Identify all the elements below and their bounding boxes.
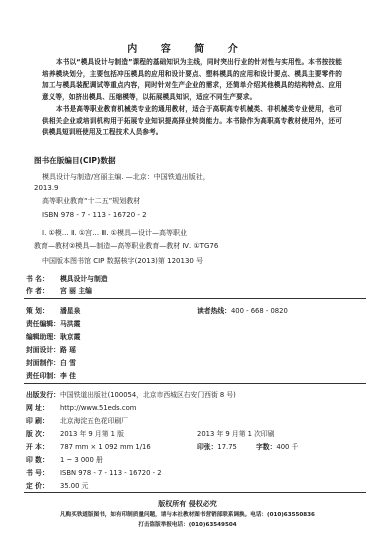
staff-value: 路 瑶 (60, 346, 76, 354)
copyright-notice: 版权所有 侵权必究 (0, 499, 375, 509)
publisher-row: 出版发行：中国铁道出版社(100054，北京市西城区右安门西街 8 号) (26, 389, 236, 399)
hotline-label: 读者热线： (197, 307, 231, 315)
piracy-hotline: 打击盗版举报电话：(010)63549504 (0, 520, 375, 528)
staff-label: 责任印制： (26, 370, 60, 380)
divider-line (24, 298, 366, 299)
staff-label: 编辑助理： (26, 331, 60, 341)
format-label: 开 本： (26, 441, 60, 451)
cip-record-number: 中国版本图书馆 CIP 数据核字(2013)第 120130 号 (42, 256, 203, 266)
staff-row: 策 划：潘星泉 (26, 305, 80, 315)
copies-row: 印 数：1 ~ 3 000 册 (26, 454, 103, 464)
cip-line: 教育—教材②模具—制造—高等职业教育—教材 Ⅳ. ①TG76 (34, 241, 218, 251)
book-name: 模具设计与制造 (60, 275, 108, 283)
isbn-label: 书 号： (26, 467, 60, 477)
cip-line: 2013.9 (34, 184, 59, 192)
cip-line: 高等职业教育“十二五”规划教材 (42, 196, 140, 206)
words: 400 千 (276, 443, 298, 451)
printer: 北京海淀五色花印刷厂 (60, 417, 128, 425)
divider-line (24, 492, 366, 493)
staff-row: 责任印制：李 佳 (26, 370, 76, 380)
cip-line: Ⅰ. ①模… Ⅱ. ①宫… Ⅲ. ①模具—设计—高等职业 (42, 228, 187, 238)
staff-label: 封面设计： (26, 344, 60, 354)
edition-label: 版 次： (26, 428, 60, 438)
staff-row: 封面制作：白 雪 (26, 357, 76, 367)
reader-hotline: 读者热线：400 - 668 - 0820 (197, 305, 288, 315)
sheets-row: 印张：17.75 (197, 441, 237, 451)
staff-value: 潘星泉 (60, 307, 80, 315)
sheets-label: 印张： (197, 443, 217, 451)
words-row: 字数：400 千 (256, 441, 298, 451)
price: 35.00 元 (60, 482, 88, 490)
copies-label: 印 数： (26, 454, 60, 464)
price-label: 定 价： (26, 480, 60, 490)
book-author: 宫 丽 主编 (60, 287, 92, 295)
format: 787 mm × 1 092 mm 1/16 (60, 443, 151, 451)
quality-notice: 凡购买铁道版图书，如有印制质量问题，请与本社教材图书营销部联系调换。电话：(01… (0, 510, 375, 518)
website-row: 网 址：http://www.51eds.com (26, 402, 136, 412)
cip-heading: 图书在版编目(CIP)数据 (34, 155, 116, 166)
staff-label: 策 划： (26, 305, 60, 315)
staff-value: 李 佳 (60, 372, 76, 380)
copies: 1 ~ 3 000 册 (60, 456, 103, 464)
staff-value: 耿京霞 (60, 333, 80, 341)
staff-value: 白 雪 (60, 359, 76, 367)
divider-line (24, 383, 366, 384)
staff-label: 责任编辑： (26, 318, 60, 328)
printer-label: 印 刷： (26, 415, 60, 425)
staff-row: 编辑助理：耿京霞 (26, 331, 80, 341)
publisher: 中国铁道出版社(100054，北京市西城区右安门西街 8 号) (60, 391, 236, 399)
summary-paragraph-2: 本书是高等职业教育机械类专业的通用教材，适合于高职高专机械类、非机械类专业使用，… (42, 104, 342, 139)
hotline-value: 400 - 668 - 0820 (231, 307, 288, 315)
book-name-label: 书 名： (26, 273, 60, 283)
website-label: 网 址： (26, 402, 60, 412)
edition: 2013 年 9 月第 1 版 (60, 430, 124, 438)
cip-isbn: ISBN 978 - 7 - 113 - 16720 - 2 (42, 211, 147, 219)
edition-row: 版 次：2013 年 9 月第 1 版 (26, 428, 124, 438)
summary-title: 内 容 简 介 (0, 40, 375, 55)
isbn-row: 书 号：ISBN 978 - 7 - 113 - 16720 - 2 (26, 467, 162, 477)
isbn: ISBN 978 - 7 - 113 - 16720 - 2 (60, 469, 162, 477)
sheets: 17.75 (217, 443, 236, 451)
staff-label: 封面制作： (26, 357, 60, 367)
book-name-row: 书 名：模具设计与制造 (26, 273, 108, 283)
words-label: 字数： (256, 443, 276, 451)
staff-value: 马洪霞 (60, 320, 80, 328)
book-author-label: 作 者： (26, 285, 60, 295)
printer-row: 印 刷：北京海淀五色花印刷厂 (26, 415, 128, 425)
summary-paragraph-1: 本书以“模具设计与制造”课程的基础知识为主线，同时突出行业的针对性与实用性。本书… (42, 57, 342, 103)
staff-row: 责任编辑：马洪霞 (26, 318, 80, 328)
cip-line: 模具设计与制造/宫丽主编. —北京：中国铁道出版社， (42, 172, 210, 182)
price-row: 定 价：35.00 元 (26, 480, 88, 490)
format-row: 开 本：787 mm × 1 092 mm 1/16 (26, 441, 151, 451)
publisher-label: 出版发行： (26, 389, 60, 399)
staff-row: 封面设计：路 瑶 (26, 344, 76, 354)
printing: 2013 年 9 月第 1 次印刷 (197, 428, 275, 438)
book-author-row: 作 者：宫 丽 主编 (26, 285, 92, 295)
website-link[interactable]: http://www.51eds.com (60, 404, 136, 412)
